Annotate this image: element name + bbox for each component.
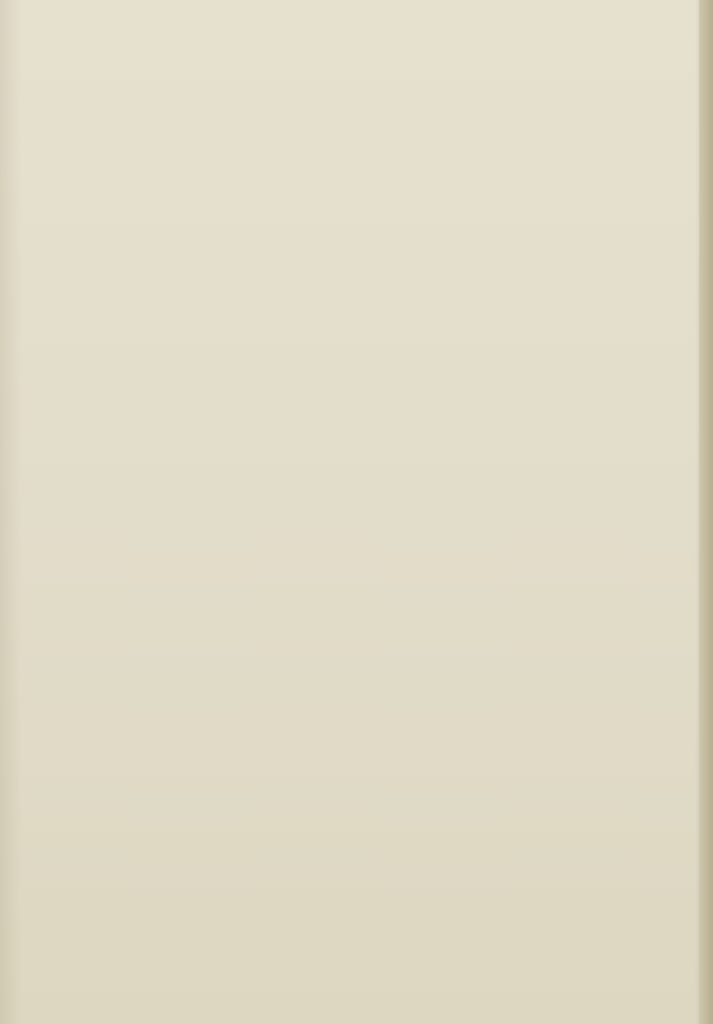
document-page: [0, 0, 713, 1024]
page-binding-edge: [699, 0, 713, 1024]
